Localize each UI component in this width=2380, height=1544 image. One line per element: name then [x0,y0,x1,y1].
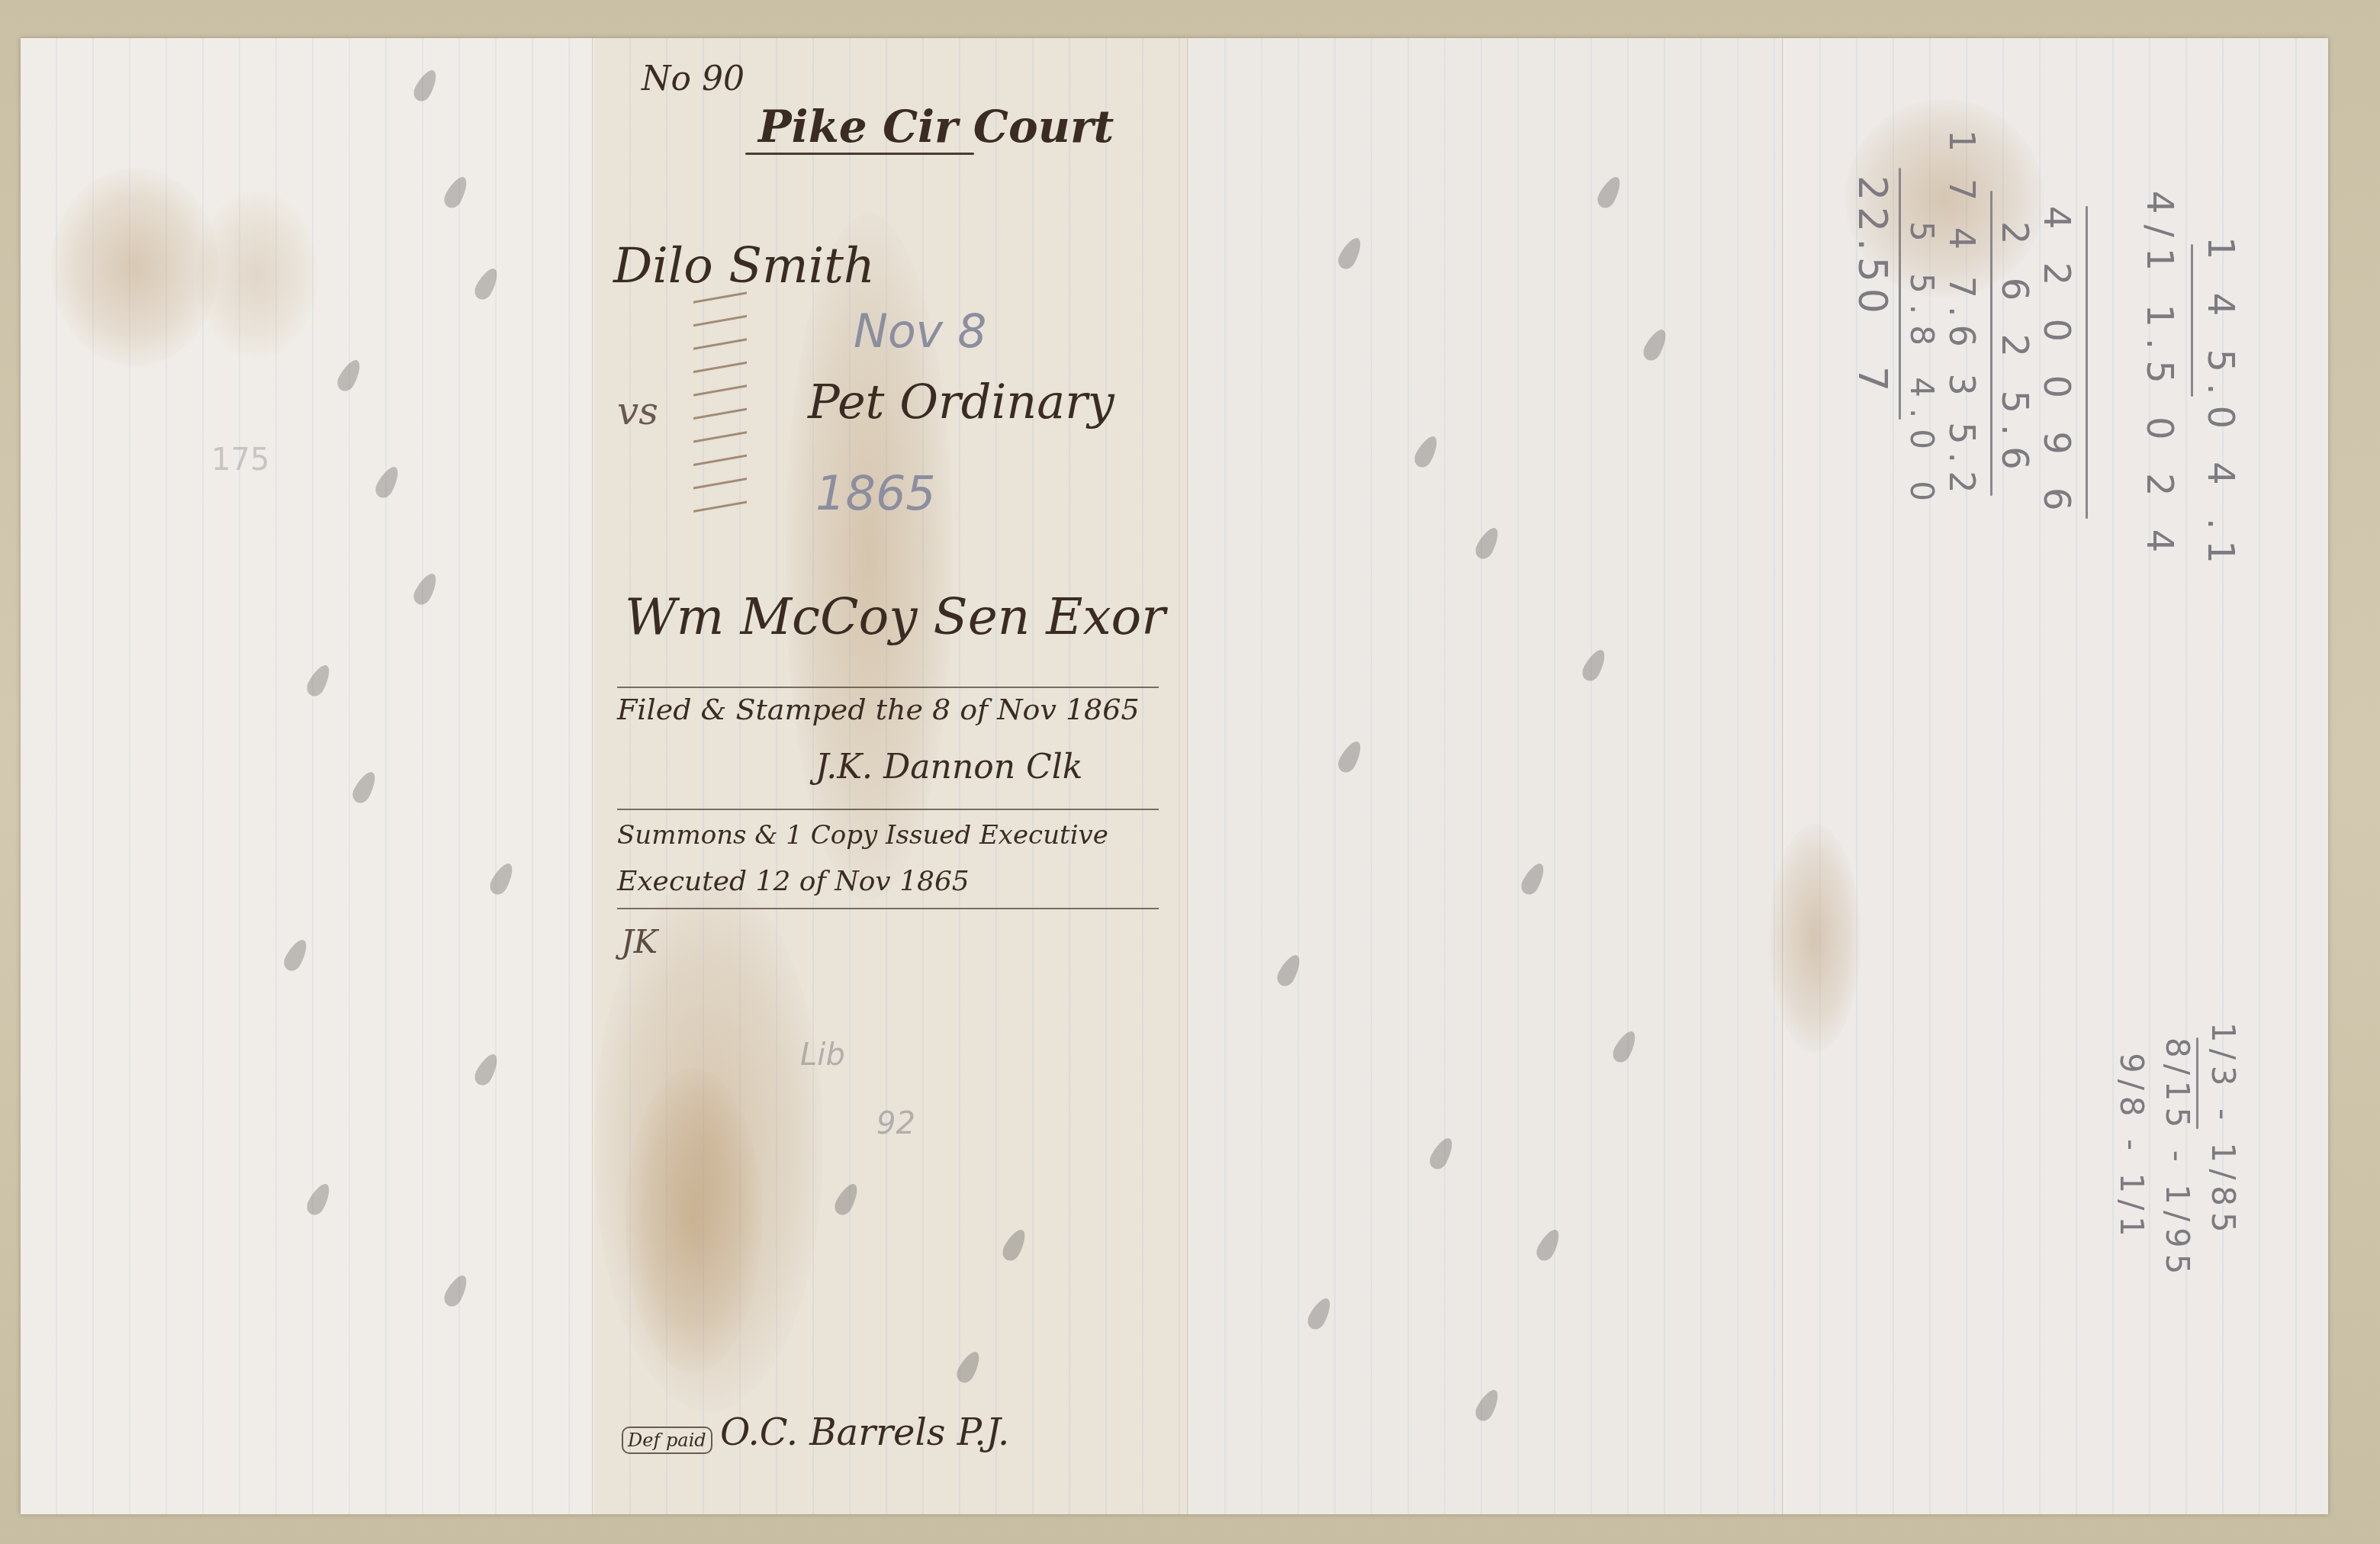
ink-bleed-mark [999,1226,1030,1263]
ink-bleed-mark [1411,433,1442,470]
clerk-signature: J.K. Dannon Clk [815,748,1082,786]
divider [617,687,1159,688]
ink-bleed-mark [304,1180,334,1218]
ink-bleed-mark [1518,860,1549,897]
ink-bleed-mark [1594,173,1625,211]
divider [617,809,1159,810]
ink-bleed-mark [334,356,365,394]
filed-stamped-line: Filed & Stamped the 8 of Nov 1865 [617,693,1140,726]
office-title: Pet Ordinary [808,374,1114,429]
summons-line-1: Summons & 1 Copy Issued Executive [617,820,1108,851]
ink-bleed-mark [954,1348,984,1385]
ink-bleed-mark [831,1180,862,1218]
ink-bleed-mark [410,66,441,104]
water-stain [51,168,219,366]
ink-bleed-mark [1304,1295,1335,1332]
court-name: Pike Cir Court [758,101,1114,153]
calc-column-b2: 5 5.8 4.0 0 [1903,221,1941,512]
ink-bleed-mark [281,936,311,973]
fraction-line-1: 1/3 - 1/85 [2205,1022,2242,1239]
initials: JK [621,923,658,960]
payment-stamp: Def paid [622,1427,712,1454]
ink-bleed-mark [1274,951,1304,989]
water-stain [196,191,318,359]
ink-bleed-mark [471,265,502,302]
plaintiff-name: Dilo Smith [613,238,875,294]
ink-bleed-mark [349,768,380,806]
calc-column-a: 22.50 [1849,175,1895,320]
underline [745,153,974,155]
ink-bleed-mark [1579,646,1610,684]
sum-line [1899,168,1901,420]
ink-bleed-mark [1533,1226,1564,1263]
ink-bleed-mark [1335,234,1365,272]
ink-bleed-mark [304,661,334,699]
sum-line [2191,244,2193,397]
ink-bleed-mark [487,860,517,897]
versus-label: vs [617,389,658,433]
fraction-line-3: 9/8 - 1/1 [2113,1053,2150,1243]
panel-left: 175 [21,38,594,1514]
ink-bleed-mark [441,173,471,211]
document-sheet: 175 No 90 Pike Cir Court Dilo Smith Nov … [21,38,2328,1514]
ink-bleed-mark [1335,738,1365,775]
water-stain [1769,824,1861,1053]
ink-bleed-mark [1472,524,1503,561]
ink-bleed-mark [1426,1134,1457,1172]
ink-bleed-mark [372,463,403,500]
ink-bleed-mark [441,1272,471,1309]
calc-column-c: 4 2 0 0 9 6 [2035,206,2078,522]
fraction-line-2: 8/15 - 1/95 [2159,1037,2196,1281]
ink-bleed-mark [1640,326,1671,363]
panel-calculations: 22.50 7 1 7 4 7.6 3 5.2 5 5.8 4.0 0 4 2 … [1784,38,2328,1514]
pencil-date: Nov 8 [854,305,986,359]
faint-pencil-note: 92 [876,1106,915,1141]
sum-line [2086,206,2088,519]
panel-docket: No 90 Pike Cir Court Dilo Smith Nov 8 vs… [594,38,1189,1514]
ink-bleed-mark [471,1050,502,1088]
scribble-mark [693,290,747,519]
faint-pencil-text: 175 [211,442,269,478]
water-stain [625,1068,762,1373]
ink-bleed-mark [1610,1028,1640,1065]
pencil-year: 1865 [815,465,936,521]
ink-bleed-mark [1472,1386,1503,1423]
docket-number: No 90 [642,60,745,98]
divider [617,908,1159,909]
calc-column-b: 1 7 4 7.6 3 5.2 [1941,130,1983,501]
faint-pencil-note: Lib [800,1037,845,1073]
calc-column-d: 4/1 1.5 0 2 4 [2138,191,2181,563]
calc-column-a-bottom: 7 [1849,366,1895,391]
ink-bleed-mark [410,570,441,607]
summons-line-2: Executed 12 of Nov 1865 [617,866,970,897]
calc-column-e: 1 4 5.0 4 .1 [2199,236,2242,574]
defendant-name: Wm McCoy Sen Exor [625,587,1166,646]
panel-blank [1189,38,1784,1514]
sum-line [1990,191,1992,496]
fraction-bar [2196,1037,2198,1129]
probate-judge-signature: O.C. Barrels P.J. [720,1411,1009,1454]
calc-column-c2: 2 6 2 5.6 [1993,221,2036,481]
